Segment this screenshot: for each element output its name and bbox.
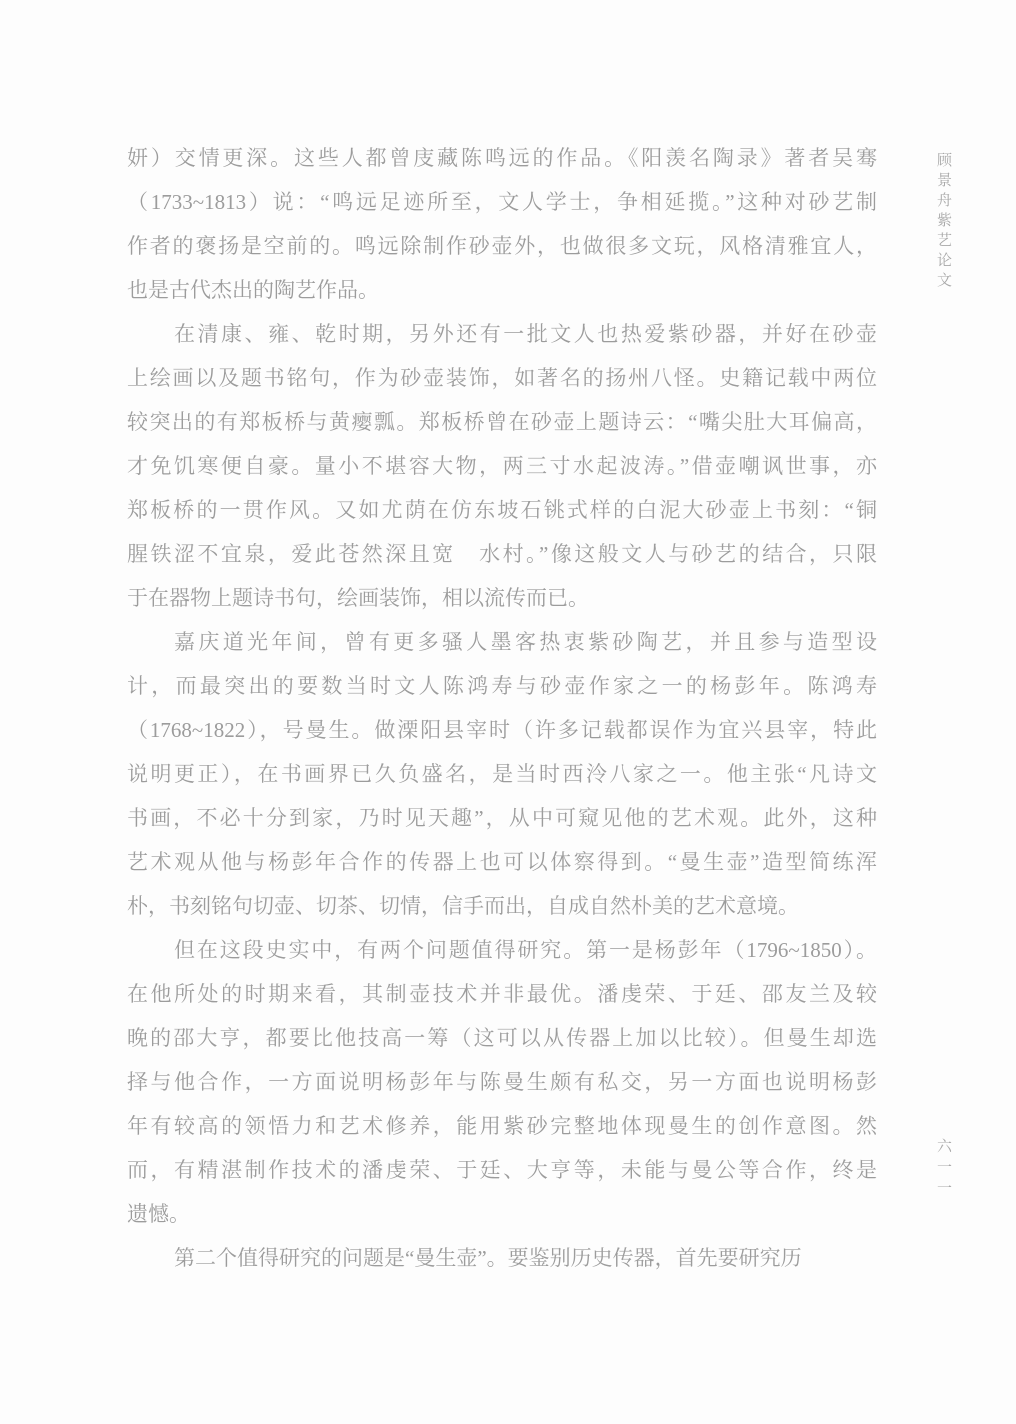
text-line: 第二个值得研究的问题是“曼生壶”。要鉴别历史传器，首先要研究历 — [127, 1236, 877, 1280]
text-line: 也是古代杰出的陶艺作品。 — [127, 268, 877, 312]
text-line: 腥铁涩不宜泉，爱此苍然深且宽 水村。”像这般文人与砂艺的结合，只限 — [127, 532, 877, 576]
body-text: 妍）交情更深。这些人都曾庋藏陈鸣远的作品。《阳羡名陶录》著者吴骞（1733~18… — [127, 136, 877, 1280]
paragraph: 在清康、雍、乾时期，另外还有一批文人也热爱紫砂器，并好在砂壶上绘画以及题书铭句，… — [127, 312, 877, 620]
text-line: 较突出的有郑板桥与黄瘿瓢。郑板桥曾在砂壶上题诗云：“嘴尖肚大耳偏高， — [127, 400, 877, 444]
text-line: 艺术观从他与杨彭年合作的传器上也可以体察得到。“曼生壶”造型简练浑 — [127, 840, 877, 884]
text-line: 晚的邵大亨，都要比他技高一筹（这可以从传器上加以比较）。但曼生却选 — [127, 1016, 877, 1060]
text-line: 妍）交情更深。这些人都曾庋藏陈鸣远的作品。《阳羡名陶录》著者吴骞 — [127, 136, 877, 180]
text-line: （1768~1822），号曼生。做溧阳县宰时（许多记载都误作为宜兴县宰，特此 — [127, 708, 877, 752]
text-line: 说明更正），在书画界已久负盛名，是当时西泠八家之一。他主张“凡诗文 — [127, 752, 877, 796]
text-line: 于在器物上题诗书句，绘画装饰，相以流传而已。 — [127, 576, 877, 620]
text-line: 计，而最突出的要数当时文人陈鸿寿与砂壶作家之一的杨彭年。陈鸿寿 — [127, 664, 877, 708]
text-line: 作者的褒扬是空前的。鸣远除制作砂壶外，也做很多文玩，风格清雅宜人， — [127, 224, 877, 268]
paragraph: 妍）交情更深。这些人都曾庋藏陈鸣远的作品。《阳羡名陶录》著者吴骞（1733~18… — [127, 136, 877, 312]
text-line: 嘉庆道光年间，曾有更多骚人墨客热衷紫砂陶艺，并且参与造型设 — [127, 620, 877, 664]
page-number: 六一一 — [933, 1138, 954, 1201]
text-line: 在他所处的时期来看，其制壶技术并非最优。潘虔荣、于廷、邵友兰及较 — [127, 972, 877, 1016]
text-line: （1733~1813）说：“鸣远足迹所至，文人学士，争相延揽。”这种对砂艺制 — [127, 180, 877, 224]
margin-book-title: 顾景舟紫艺论文 — [933, 152, 954, 292]
paragraph: 但在这段史实中，有两个问题值得研究。第一是杨彭年（1796~1850）。在他所处… — [127, 928, 877, 1236]
text-line: 在清康、雍、乾时期，另外还有一批文人也热爱紫砂器，并好在砂壶 — [127, 312, 877, 356]
paragraph: 嘉庆道光年间，曾有更多骚人墨客热衷紫砂陶艺，并且参与造型设计，而最突出的要数当时… — [127, 620, 877, 928]
text-line: 遗憾。 — [127, 1192, 877, 1236]
paragraph: 第二个值得研究的问题是“曼生壶”。要鉴别历史传器，首先要研究历 — [127, 1236, 877, 1280]
scanned-book-page: 妍）交情更深。这些人都曾庋藏陈鸣远的作品。《阳羡名陶录》著者吴骞（1733~18… — [0, 0, 1016, 1424]
text-line: 上绘画以及题书铭句，作为砂壶装饰，如著名的扬州八怪。史籍记载中两位 — [127, 356, 877, 400]
text-line: 郑板桥的一贯作风。又如尤荫在仿东坡石铫式样的白泥大砂壶上书刻：“铜 — [127, 488, 877, 532]
text-line: 择与他合作，一方面说明杨彭年与陈曼生颇有私交，另一方面也说明杨彭 — [127, 1060, 877, 1104]
text-line: 年有较高的领悟力和艺术修养，能用紫砂完整地体现曼生的创作意图。然 — [127, 1104, 877, 1148]
text-line: 书画，不必十分到家，乃时见天趣”，从中可窥见他的艺术观。此外，这种 — [127, 796, 877, 840]
text-line: 才免饥寒便自豪。量小不堪容大物，两三寸水起波涛。”借壶嘲讽世事，亦 — [127, 444, 877, 488]
text-line: 而，有精湛制作技术的潘虔荣、于廷、大亨等，未能与曼公等合作，终是 — [127, 1148, 877, 1192]
text-line: 朴，书刻铭句切壶、切茶、切情，信手而出，自成自然朴美的艺术意境。 — [127, 884, 877, 928]
text-line: 但在这段史实中，有两个问题值得研究。第一是杨彭年（1796~1850）。 — [127, 928, 877, 972]
